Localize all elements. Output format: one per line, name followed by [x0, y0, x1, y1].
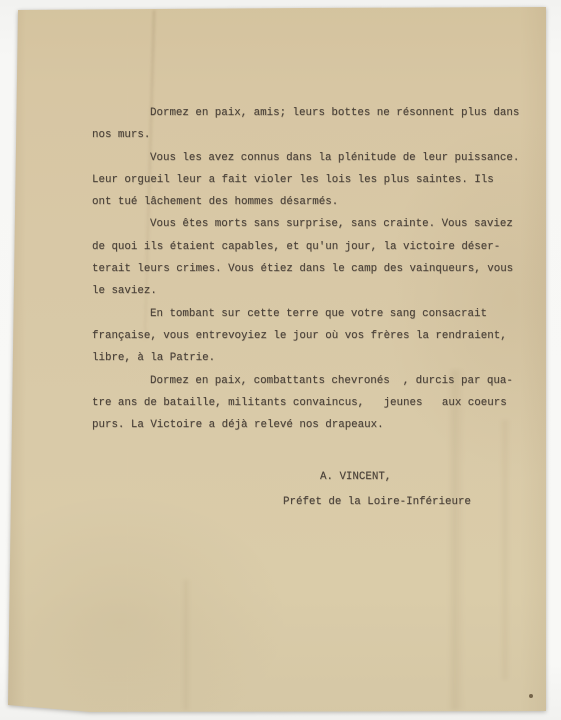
- letter-body: Dormez en paix, amis; leurs bottes ne ré…: [92, 102, 532, 436]
- paper-stain-right-2: [500, 420, 510, 680]
- scan-background: Dormez en paix, amis; leurs bottes ne ré…: [0, 0, 561, 720]
- paper-shadow-wrap: Dormez en paix, amis; leurs bottes ne ré…: [0, 0, 561, 720]
- ink-speck: [529, 694, 533, 698]
- signature-name: A. VINCENT,: [320, 466, 391, 488]
- letter-line: Dormez en paix, amis; leurs bottes ne ré…: [92, 102, 532, 124]
- letter-line: de quoi ils étaient capables, et qu'un j…: [92, 236, 532, 258]
- letter-line: Vous êtes morts sans surprise, sans crai…: [92, 213, 532, 235]
- paper-crease-bottom: [182, 580, 190, 710]
- letter-line: Vous les avez connus dans la plénitude d…: [92, 147, 532, 169]
- letter-line: libre, à la Patrie.: [92, 347, 532, 369]
- letter-line: terait leurs crimes. Vous étiez dans le …: [92, 258, 532, 280]
- letter-line: française, vous entrevoyiez le jour où v…: [92, 325, 532, 347]
- letter-line: tre ans de bataille, militants convaincu…: [92, 392, 532, 414]
- letter-line: Dormez en paix, combattants chevronés , …: [92, 370, 532, 392]
- letter-line: En tombant sur cette terre que votre san…: [92, 303, 532, 325]
- letter-line: nos murs.: [92, 124, 532, 146]
- letter-line: le saviez.: [92, 280, 532, 302]
- letter-line: ont tué lâchement des hommes désarmés.: [92, 191, 532, 213]
- letter-line: purs. La Victoire a déjà relevé nos drap…: [92, 414, 532, 436]
- signature-title: Préfet de la Loire-Inférieure: [283, 491, 471, 513]
- letter-line: Leur orgueil leur a fait violer les lois…: [92, 169, 532, 191]
- letter-paper: Dormez en paix, amis; leurs bottes ne ré…: [0, 0, 561, 720]
